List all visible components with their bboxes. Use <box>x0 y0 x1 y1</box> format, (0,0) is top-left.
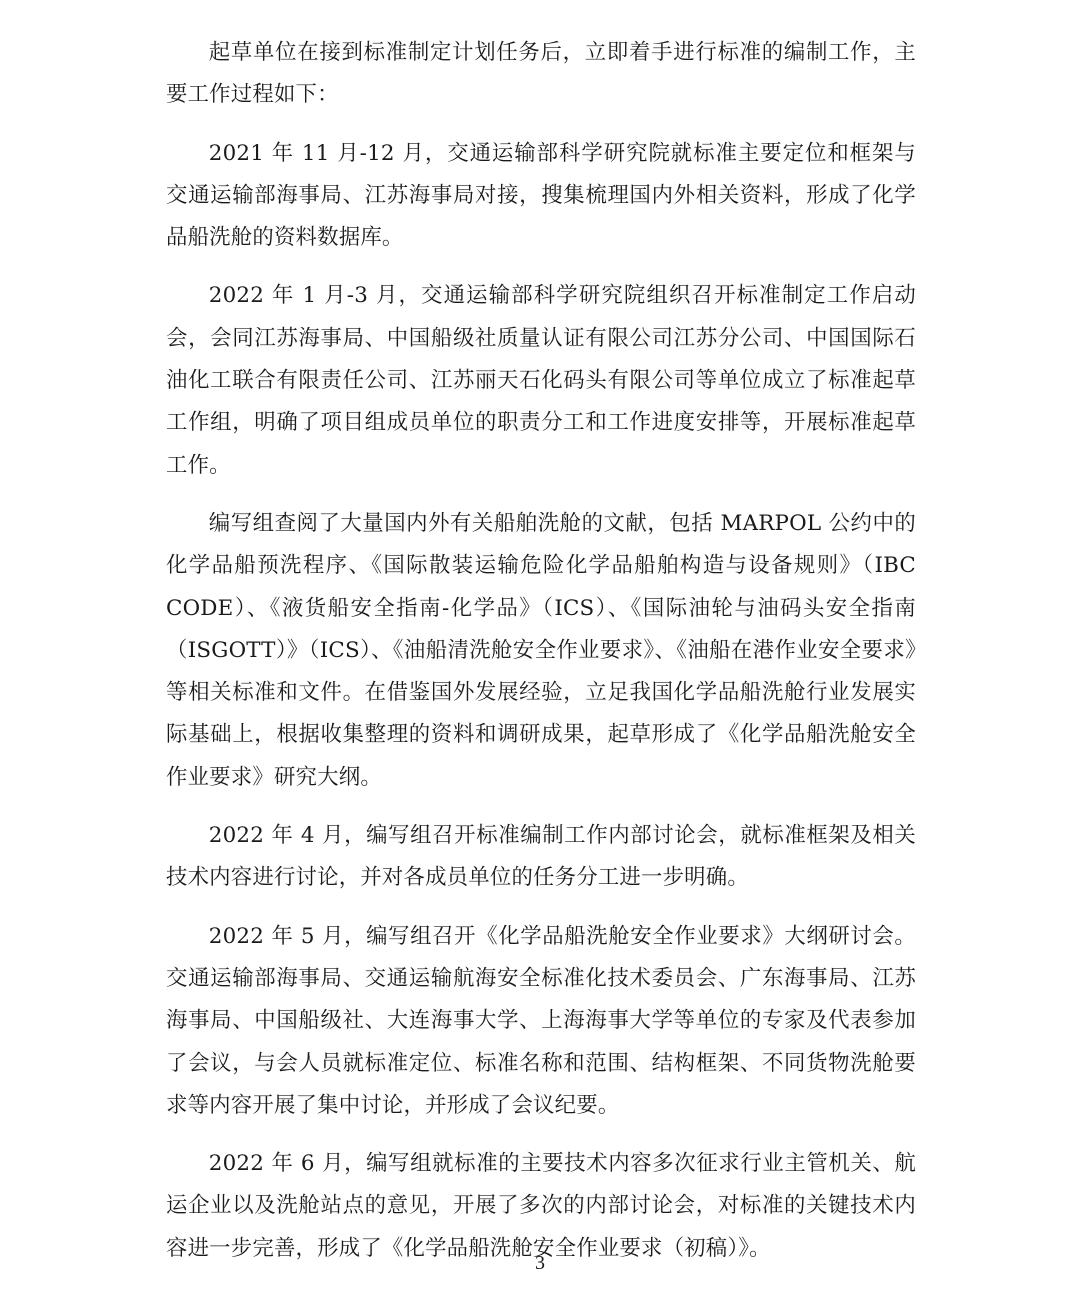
paragraph-2022-jun: 2022 年 6 月，编写组就标准的主要技术内容多次征求行业主管机关、航运企业以… <box>166 1143 916 1270</box>
paragraph-2022-may: 2022 年 5 月，编写组召开《化学品船洗舱安全作业要求》大纲研讨会。交通运输… <box>166 916 916 1127</box>
paragraph-2021-nov-dec: 2021 年 11 月-12 月，交通运输部科学研究院就标准主要定位和框架与交通… <box>166 133 916 260</box>
document-body: 起草单位在接到标准制定计划任务后，立即着手进行标准的编制工作，主要工作过程如下：… <box>166 32 916 1286</box>
paragraph-2022-jan-mar: 2022 年 1 月-3 月，交通运输部科学研究院组织召开标准制定工作启动会，会… <box>166 275 916 486</box>
page-number: 3 <box>0 1252 1080 1275</box>
paragraph-2022-apr: 2022 年 4 月，编写组召开标准编制工作内部讨论会，就标准框架及相关技术内容… <box>166 815 916 900</box>
paragraph-intro: 起草单位在接到标准制定计划任务后，立即着手进行标准的编制工作，主要工作过程如下： <box>166 32 916 117</box>
paragraph-literature-review: 编写组查阅了大量国内外有关船舶洗舱的文献，包括 MARPOL 公约中的化学品船预… <box>166 503 916 799</box>
